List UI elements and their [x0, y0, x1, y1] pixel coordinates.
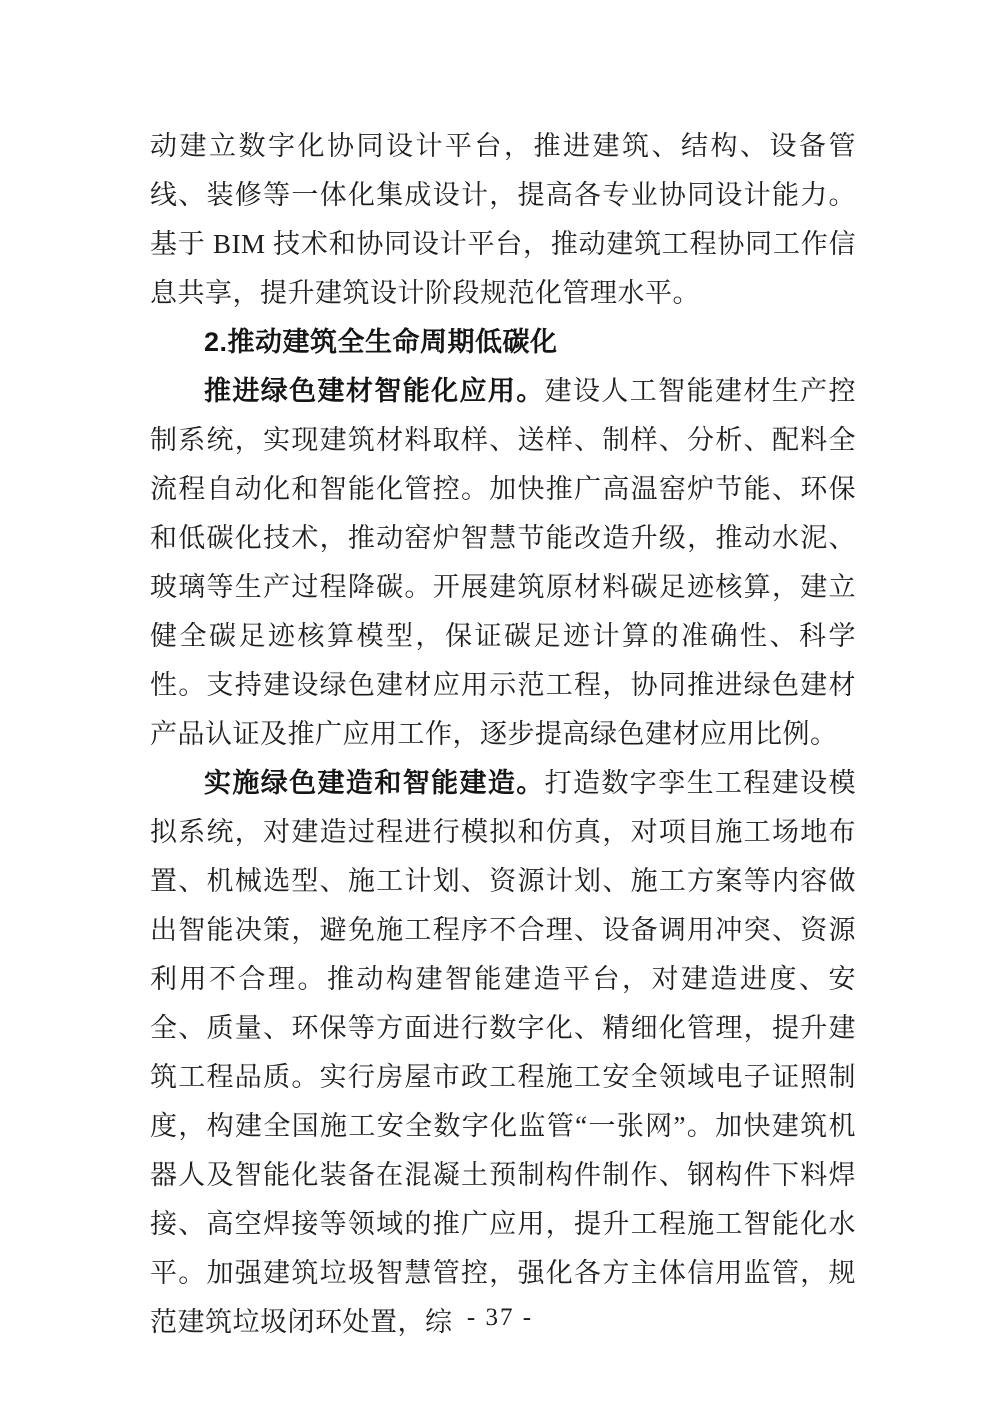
- document-content: 动建立数字化协同设计平台，推进建筑、结构、设备管线、装修等一体化集成设计，提高各…: [150, 122, 856, 1347]
- paragraph-lead: 实施绿色建造和智能建造。: [204, 768, 545, 798]
- paragraph-text: 打造数字孪生工程建设模拟系统，对建造过程进行模拟和仿真，对项目施工场地布置、机械…: [150, 768, 856, 1337]
- page-footer: - 37 -: [0, 1304, 1000, 1332]
- paragraph-lead: 推进绿色建材智能化应用。: [204, 376, 545, 406]
- paragraph-text: 建设人工智能建材生产控制系统，实现建筑材料取样、送样、制样、分析、配料全流程自动…: [150, 376, 856, 749]
- paragraph: 推进绿色建材智能化应用。建设人工智能建材生产控制系统，实现建筑材料取样、送样、制…: [150, 367, 856, 759]
- page-number: - 37 -: [467, 1304, 533, 1331]
- paragraph: 实施绿色建造和智能建造。打造数字孪生工程建设模拟系统，对建造过程进行模拟和仿真，…: [150, 759, 856, 1347]
- section-heading: 2.推动建筑全生命周期低碳化: [150, 318, 856, 367]
- document-page: 动建立数字化协同设计平台，推进建筑、结构、设备管线、装修等一体化集成设计，提高各…: [0, 0, 1000, 1414]
- paragraph-continuation: 动建立数字化协同设计平台，推进建筑、结构、设备管线、装修等一体化集成设计，提高各…: [150, 122, 856, 318]
